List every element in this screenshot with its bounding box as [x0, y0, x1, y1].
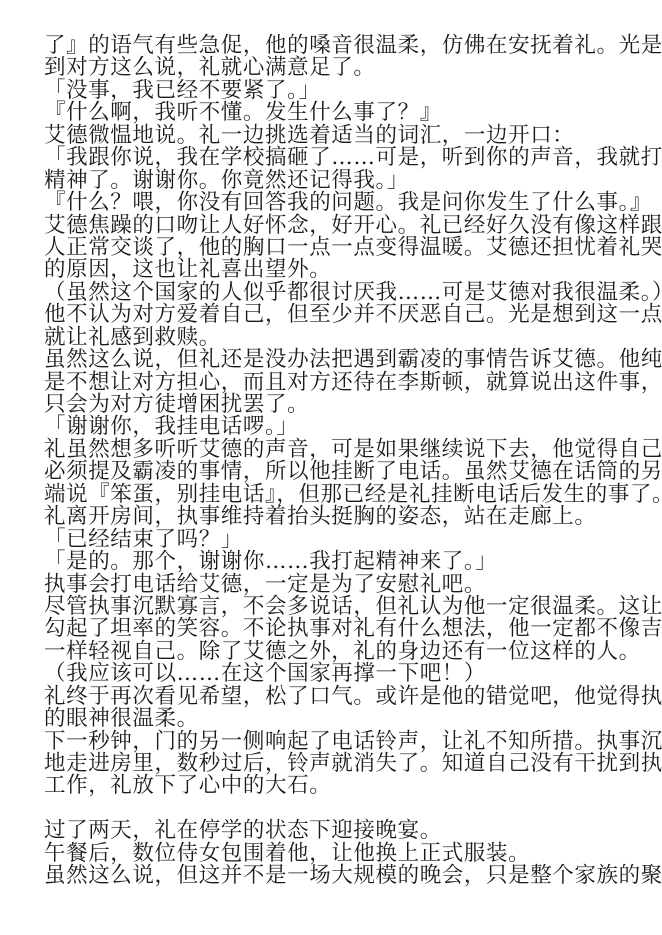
text-line: 必须提及霸凌的事情，所以他挂断了电话。虽然艾德在话筒的另一 [44, 461, 634, 483]
document-page: 了』的语气有些急促，他的嗓音很温柔，仿佛在安抚着礼。光是听 到对方这么说，礼就心… [44, 35, 634, 888]
text-line: 精神了。谢谢你。你竟然还记得我。」 [44, 170, 634, 192]
text-line: 的眼神很温柔。 [44, 708, 634, 730]
text-line: 他不认为对方爱着自己，但至少并不厌恶自己。光是想到这一点， [44, 304, 634, 326]
text-line: 了』的语气有些急促，他的嗓音很温柔，仿佛在安抚着礼。光是听 [44, 35, 634, 57]
blank-line [44, 798, 634, 820]
text-line: 『什么？喂，你没有回答我的问题。我是问你发生了什么事。』 [44, 192, 634, 214]
text-line: 『什么啊，我听不懂。发生什么事了？』 [44, 102, 634, 124]
text-line: 是不想让对方担心，而且对方还待在李斯顿，就算说出这件事，也 [44, 372, 634, 394]
text-line: 虽然这么说，但礼还是没办法把遇到霸凌的事情告诉艾德。他纯粹 [44, 349, 634, 371]
text-line: 礼终于再次看见希望，松了口气。或许是他的错觉吧，他觉得执事 [44, 686, 634, 708]
text-line: 就让礼感到救赎。 [44, 327, 634, 349]
text-line: 地走进房里，数秒过后，铃声就消失了。知道自己没有干扰到执事 [44, 753, 634, 775]
text-line: 「已经结束了吗？」 [44, 529, 634, 551]
text-line: 礼虽然想多听听艾德的声音，可是如果继续说下去，他觉得自己就 [44, 439, 634, 461]
text-line: 下一秒钟，门的另一侧响起了电话铃声，让礼不知所措。执事沉默 [44, 731, 634, 753]
text-line: 到对方这么说，礼就心满意足了。 [44, 57, 634, 79]
text-line: 艾德焦躁的口吻让人好怀念，好开心。礼已经好久没有像这样跟别 [44, 215, 634, 237]
text-line: 礼离开房间，执事维持着抬头挺胸的姿态，站在走廊上。 [44, 506, 634, 528]
text-line: 艾德微愠地说。礼一边挑选着适当的词汇，一边开口： [44, 125, 634, 147]
text-line: 「谢谢你，我挂电话啰。」 [44, 416, 634, 438]
text-line: 工作，礼放下了心中的大石。 [44, 775, 634, 797]
text-line: 执事会打电话给艾德，一定是为了安慰礼吧。 [44, 574, 634, 596]
text-line: 只会为对方徒增困扰罢了。 [44, 394, 634, 416]
text-line: 勾起了坦率的笑容。不论执事对礼有什么想法，他一定都不像吉尔 [44, 618, 634, 640]
text-line: 「是的。那个，谢谢你……我打起精神来了。」 [44, 551, 634, 573]
text-line: 午餐后，数位侍女包围着他，让他换上正式服装。 [44, 843, 634, 865]
text-line: 尽管执事沉默寡言，不会多说话，但礼认为他一定很温柔。这让礼 [44, 596, 634, 618]
text-line: 过了两天，礼在停学的状态下迎接晚宴。 [44, 820, 634, 842]
text-line: 端说『笨蛋，别挂电话』，但那已经是礼挂断电话后发生的事了。 [44, 484, 634, 506]
text-line: 「我跟你说，我在学校搞砸了……可是，听到你的声音，我就打起 [44, 147, 634, 169]
text-line: 虽然这么说，但这并不是一场大规模的晚会，只是整个家族的聚 [44, 865, 634, 887]
text-line: （虽然这个国家的人似乎都很讨厌我……可是艾德对我很温柔。） [44, 282, 634, 304]
text-line: 的原因，这也让礼喜出望外。 [44, 259, 634, 281]
text-line: 一样轻视自己。除了艾德之外，礼的身边还有一位这样的人。 [44, 641, 634, 663]
text-line: （我应该可以……在这个国家再撑一下吧！） [44, 663, 634, 685]
text-line: 人正常交谈了，他的胸口一点一点变得温暖。艾德还担忧着礼哭泣 [44, 237, 634, 259]
text-line: 「没事，我已经不要紧了。」 [44, 80, 634, 102]
